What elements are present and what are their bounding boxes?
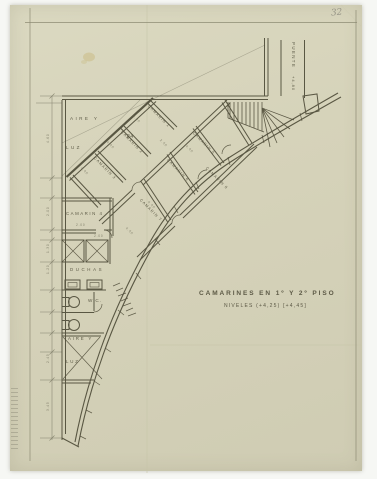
dimension-text: 2.45 — [47, 354, 50, 363]
label-aire-y-luz-top-line1: AIRE Y — [70, 117, 99, 122]
fold-creases — [147, 5, 361, 473]
drawing-frame — [25, 8, 357, 461]
label-puente: PUENTE — [291, 42, 295, 68]
label-aire-y-luz-bottom-line1: AIRE Y — [68, 337, 93, 341]
dimension-text: 3.45 — [47, 402, 50, 411]
staircase — [228, 102, 294, 147]
dimension-text: 1.20 — [47, 265, 50, 274]
plan-walls — [62, 38, 341, 447]
plan-subtitle-levels: NIVELES (+4,25) [+4,45] — [224, 304, 307, 309]
plan-title: CAMARINES EN 1º Y 2º PISO — [199, 291, 336, 298]
label-duchas: DUCHAS — [70, 268, 104, 272]
handwritten-sheet-number: 32 — [331, 7, 343, 18]
paper-stain — [81, 53, 95, 65]
dimension-text: 2.00 — [76, 224, 85, 227]
label-wc: W.C. — [88, 299, 102, 304]
scanned-drawing-sheet: AIRE YLUZ24CAMARIN 1CAMARIN 2CAMARIN 3CA… — [0, 0, 377, 479]
dimension-text: 2.00 — [47, 207, 50, 216]
dimension-text: 4.60 — [47, 134, 50, 143]
margin-annotation — [11, 388, 18, 450]
label-puente-level: +4,80 — [291, 76, 295, 91]
dimension-text: 2.00 — [94, 235, 103, 238]
label-camarin-4: CAMARIN 4 — [66, 212, 103, 216]
label-aire-y-luz-top-line2: LUZ — [66, 146, 82, 151]
floor-plan-drawing — [0, 0, 377, 479]
label-aire-y-luz-bottom-line2: LUZ — [66, 360, 80, 364]
dimension-text: 1.30 — [47, 244, 50, 253]
